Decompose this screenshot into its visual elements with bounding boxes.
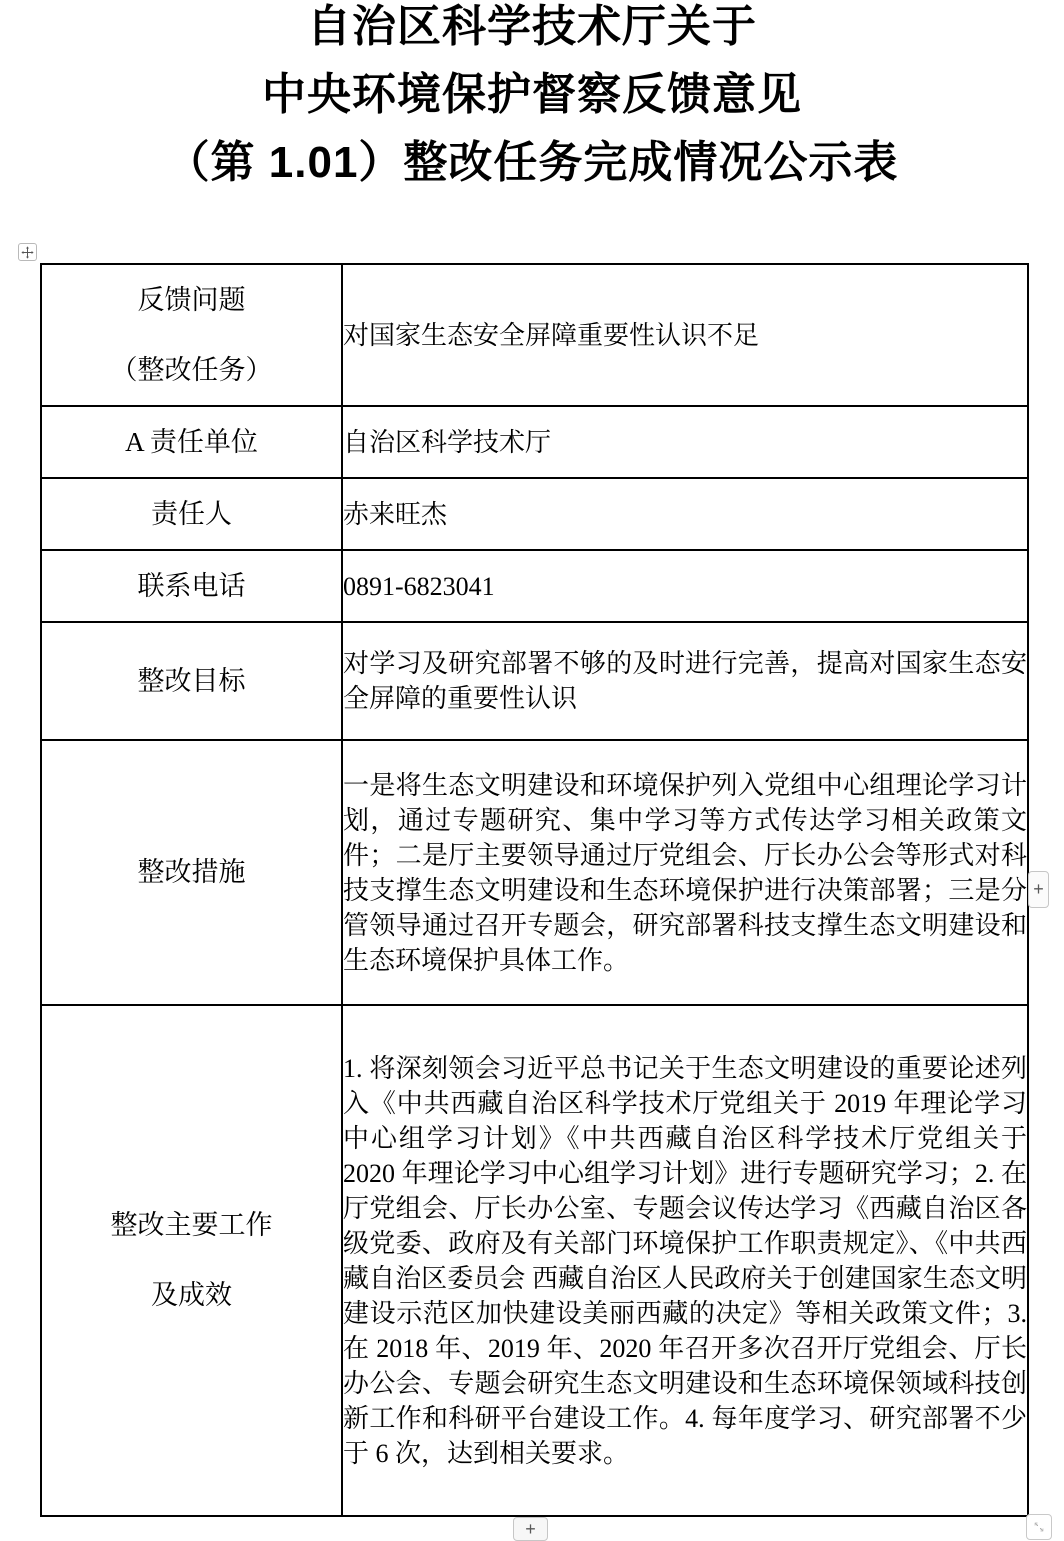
row-value-cell: 一是将生态文明建设和环境保护列入党组中心组理论学习计划，通过专题研究、集中学习等… bbox=[342, 740, 1028, 1005]
page-title-line-2: 中央环境保护督察反馈意见 bbox=[0, 61, 1064, 129]
row-label-cell: A 责任单位 bbox=[41, 406, 342, 478]
row-value-cell: 1. 将深刻领会习近平总书记关于生态文明建设的重要论述列入《中共西藏自治区科学技… bbox=[342, 1005, 1028, 1516]
row-value-cell: 对学习及研究部署不够的及时进行完善，提高对国家生态安全屏障的重要性认识 bbox=[342, 622, 1028, 740]
table-row: 整改目标 对学习及研究部署不够的及时进行完善，提高对国家生态安全屏障的重要性认识 bbox=[41, 622, 1028, 740]
document-page: { "title": { "line1": "自治区科学技术厅关于", "lin… bbox=[0, 0, 1064, 1541]
table-row: 联系电话 0891-6823041 bbox=[41, 550, 1028, 622]
row-label-cell: 反馈问题 （整改任务） bbox=[41, 264, 342, 406]
row-label-cell: 整改主要工作 及成效 bbox=[41, 1005, 342, 1516]
table-move-handle[interactable] bbox=[18, 243, 37, 261]
table-row: 反馈问题 （整改任务） 对国家生态安全屏障重要性认识不足 bbox=[41, 264, 1028, 406]
row-label-cell: 责任人 bbox=[41, 478, 342, 550]
row-value-cell: 自治区科学技术厅 bbox=[342, 406, 1028, 478]
row-label-cell: 整改目标 bbox=[41, 622, 342, 740]
table-row: A 责任单位 自治区科学技术厅 bbox=[41, 406, 1028, 478]
table-row: 整改措施 一是将生态文明建设和环境保护列入党组中心组理论学习计划，通过专题研究、… bbox=[41, 740, 1028, 1005]
row-value-cell: 0891-6823041 bbox=[342, 550, 1028, 622]
row-value-cell: 赤来旺杰 bbox=[342, 478, 1028, 550]
four-way-arrow-icon bbox=[21, 246, 34, 259]
page-title-line-3: （第 1.01）整改任务完成情况公示表 bbox=[0, 129, 1064, 197]
row-value-cell: 对国家生态安全屏障重要性认识不足 bbox=[342, 264, 1028, 406]
insert-row-button-bottom[interactable]: + bbox=[513, 1517, 548, 1541]
table-row: 整改主要工作 及成效 1. 将深刻领会习近平总书记关于生态文明建设的重要论述列入… bbox=[41, 1005, 1028, 1516]
page-title-line-1: 自治区科学技术厅关于 bbox=[0, 0, 1064, 61]
table-resize-handle[interactable] bbox=[1026, 1514, 1052, 1540]
plus-icon: + bbox=[525, 1519, 536, 1540]
rectification-table: 反馈问题 （整改任务） 对国家生态安全屏障重要性认识不足 A 责任单位 自治区科… bbox=[40, 263, 1029, 1517]
row-label-cell: 整改措施 bbox=[41, 740, 342, 1005]
row-label-cell: 联系电话 bbox=[41, 550, 342, 622]
insert-row-button-right[interactable]: + bbox=[1028, 871, 1049, 908]
diagonal-resize-icon bbox=[1032, 1520, 1046, 1534]
table-row: 责任人 赤来旺杰 bbox=[41, 478, 1028, 550]
page-title: 自治区科学技术厅关于 中央环境保护督察反馈意见 （第 1.01）整改任务完成情况… bbox=[0, 0, 1064, 197]
plus-icon: + bbox=[1033, 879, 1044, 900]
